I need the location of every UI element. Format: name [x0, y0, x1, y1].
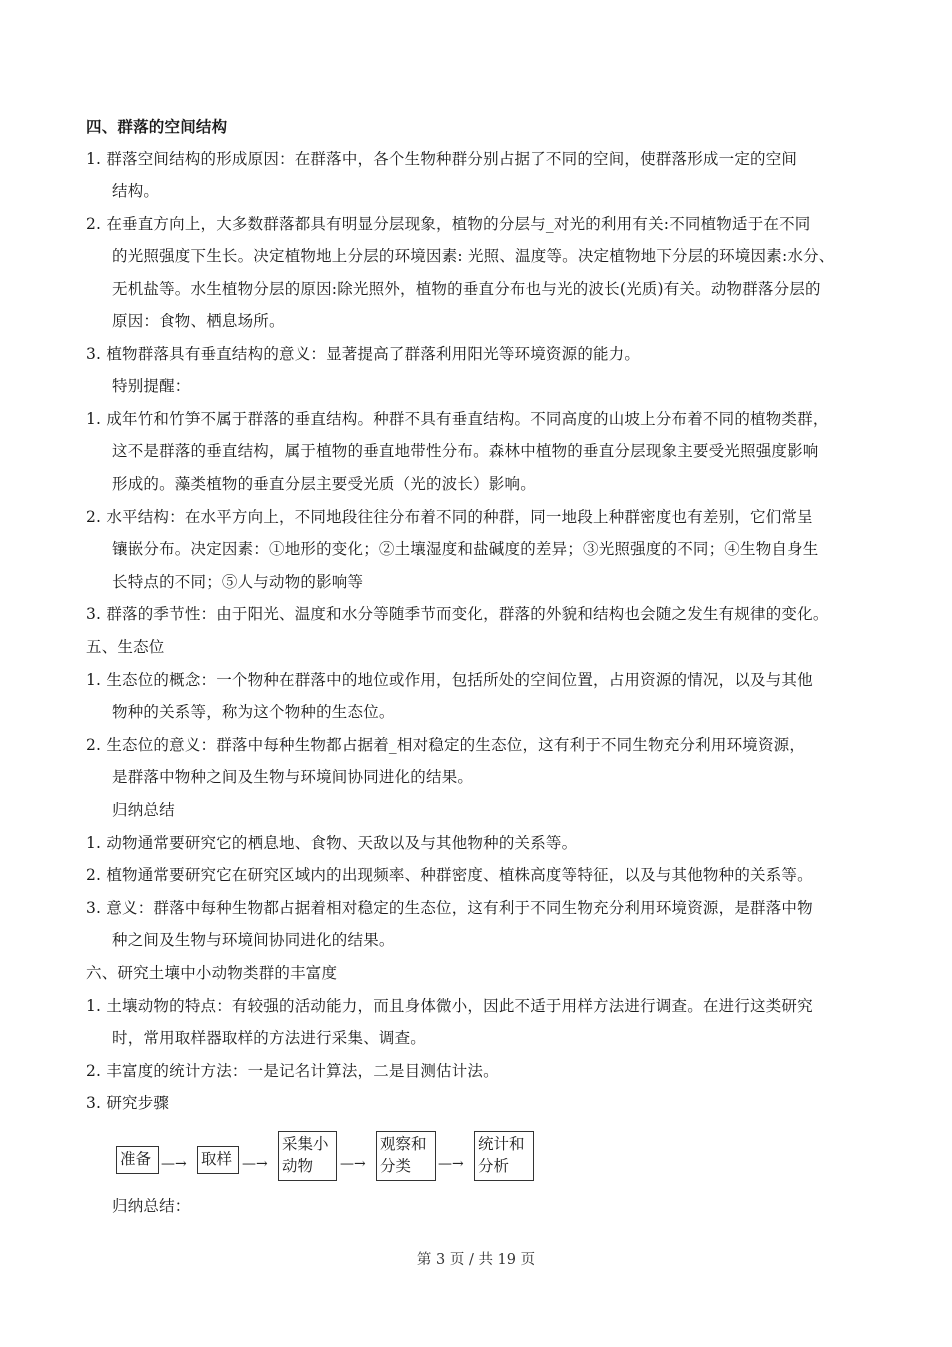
flow-step-analyze: 统计和 分析 [474, 1131, 534, 1181]
paragraph-line: 2. 丰富度的统计方法：一是记名计算法，二是目测估计法。 [86, 1061, 499, 1081]
arrow-icon: —→ [242, 1156, 268, 1172]
paragraph-line: 3. 植物群落具有垂直结构的意义：显著提高了群落利用阳光等环境资源的能力。 [86, 344, 640, 364]
paragraph-line: 3. 群落的季节性：由于阳光、温度和水分等随季节而变化，群落的外貌和结构也会随之… [86, 604, 829, 624]
paragraph-line: 1. 成年竹和竹笋不属于群落的垂直结构。种群不具有垂直结构。不同高度的山坡上分布… [86, 409, 829, 429]
paragraph-line: 2. 生态位的意义：群落中每种生物都占据着_相对稳定的生态位，这有利于不同生物充… [86, 735, 805, 755]
flow-step-prepare: 准备 [116, 1146, 159, 1174]
flow-step-label: 采集小 [282, 1133, 333, 1155]
flow-step-label: 取样 [201, 1150, 232, 1168]
paragraph-line: 1. 群落空间结构的形成原因：在群落中，各个生物种群分别占据了不同的空间，使群落… [86, 149, 797, 169]
flow-step-collect: 采集小 动物 [278, 1131, 337, 1181]
flow-step-label: 准备 [120, 1150, 151, 1168]
flow-step-label: 统计和 [478, 1133, 530, 1155]
paragraph-line: 镶嵌分布。决定因素：①地形的变化；②土壤湿度和盐碱度的差异；③光照强度的不同；④… [112, 539, 819, 559]
document-page: 四、群落的空间结构 1. 群落空间结构的形成原因：在群落中，各个生物种群分别占据… [0, 0, 952, 1347]
paragraph-line: 2. 在垂直方向上，大多数群落都具有明显分层现象，植物的分层与_对光的利用有关:… [86, 214, 811, 234]
flow-step-sampling: 取样 [197, 1146, 239, 1174]
paragraph-line: 3. 研究步骤 [86, 1093, 169, 1113]
paragraph-line: 1. 生态位的概念：一个物种在群落中的地位或作用，包括所处的空间位置，占用资源的… [86, 670, 813, 690]
flow-step-label: 分类 [380, 1155, 432, 1177]
page-number: 第 3 页 / 共 19 页 [0, 1248, 952, 1269]
flow-step-label: 分析 [478, 1155, 530, 1177]
paragraph-line: 物种的关系等，称为这个物种的生态位。 [112, 702, 395, 722]
paragraph-line: 长特点的不同；⑤人与动物的影响等 [112, 572, 363, 592]
paragraph-line: 的光照强度下生长。决定植物地上分层的环境因素: 光照、温度等。决定植物地下分层的… [112, 246, 834, 266]
paragraph-line: 原因：食物、栖息场所。 [112, 311, 285, 331]
paragraph-line: 结构。 [112, 181, 159, 201]
section-4-heading: 四、群落的空间结构 [86, 117, 227, 137]
paragraph-line: 1. 土壤动物的特点：有较强的活动能力，而且身体微小，因此不适于用样方法进行调查… [86, 996, 813, 1016]
flow-step-label: 观察和 [380, 1133, 432, 1155]
flow-step-observe: 观察和 分类 [376, 1131, 436, 1181]
paragraph-line: 2. 水平结构：在水平方向上，不同地段往往分布着不同的种群，同一地段上种群密度也… [86, 507, 813, 527]
arrow-icon: —→ [340, 1156, 366, 1172]
section-6-heading: 六、研究土壤中小动物类群的丰富度 [86, 963, 337, 983]
paragraph-line: 2. 植物通常要研究它在研究区域内的出现频率、种群密度、植株高度等特征，以及与其… [86, 865, 813, 885]
paragraph-line: 时，常用取样器取样的方法进行采集、调查。 [112, 1028, 426, 1048]
summary-heading-2: 归纳总结： [112, 1196, 191, 1216]
arrow-icon: —→ [161, 1156, 187, 1172]
arrow-icon: —→ [438, 1156, 464, 1172]
note-heading: 特别提醒： [112, 376, 191, 396]
paragraph-line: 形成的。藻类植物的垂直分层主要受光质（光的波长）影响。 [112, 474, 536, 494]
flow-step-label: 动物 [282, 1155, 333, 1177]
paragraph-line: 1. 动物通常要研究它的栖息地、食物、天敌以及与其他物种的关系等。 [86, 833, 577, 853]
paragraph-line: 这不是群落的垂直结构，属于植物的垂直地带性分布。森林中植物的垂直分层现象主要受光… [112, 441, 819, 461]
paragraph-line: 3. 意义：群落中每种生物都占据着相对稳定的生态位，这有利于不同生物充分利用环境… [86, 898, 813, 918]
section-5-heading: 五、生态位 [86, 637, 165, 657]
paragraph-line: 种之间及生物与环境间协同进化的结果。 [112, 930, 395, 950]
paragraph-line: 是群落中物种之间及生物与环境间协同进化的结果。 [112, 767, 473, 787]
paragraph-line: 无机盐等。水生植物分层的原因:除光照外，植物的垂直分布也与光的波长(光质)有关。… [112, 279, 821, 299]
summary-heading: 归纳总结 [112, 800, 175, 820]
